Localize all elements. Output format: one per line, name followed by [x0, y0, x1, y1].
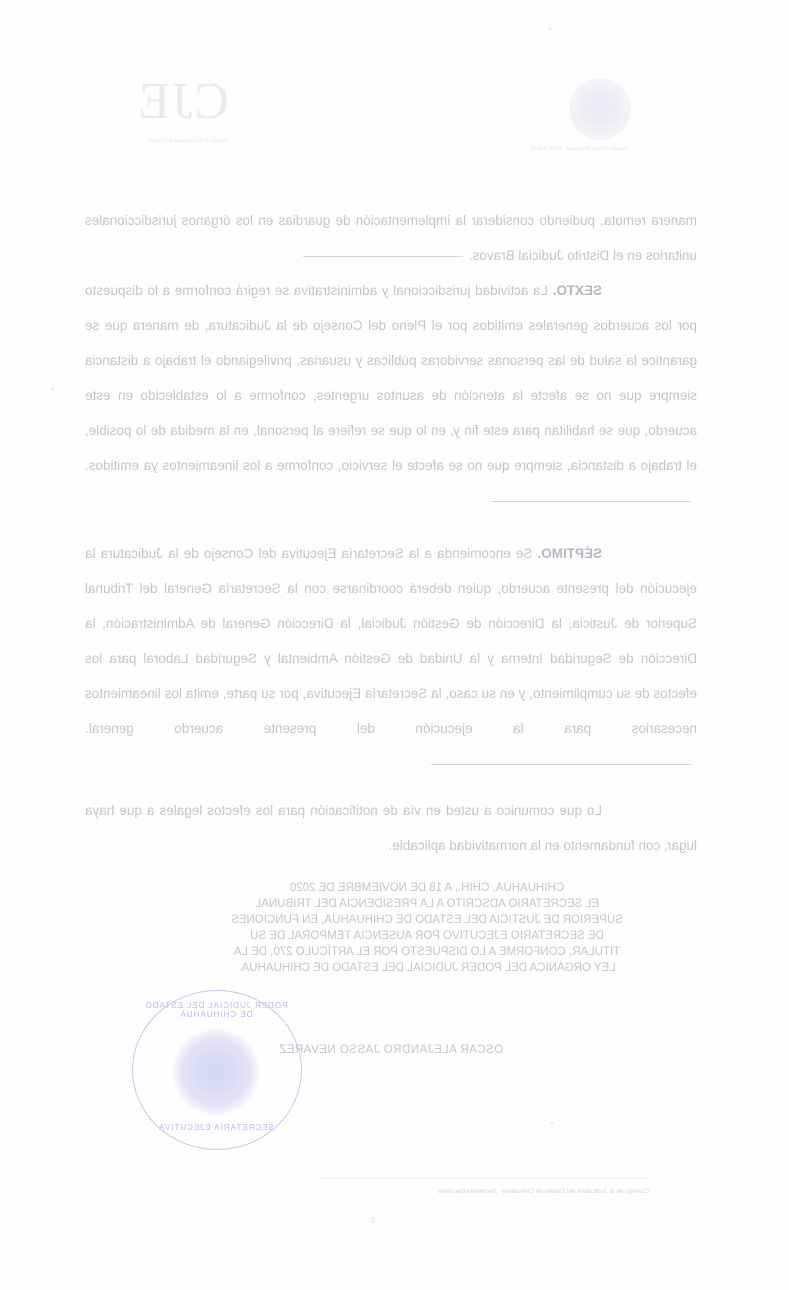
footer-divider [319, 1178, 649, 1179]
stamp-bottom-text: SECRETARÍA EJECUTIVA [141, 1123, 291, 1132]
signer-title-line: Superior de Justicia del Estado de Chihu… [177, 912, 677, 928]
cje-logo-subtitle: Consejo de la Judicatura del Estado [109, 138, 269, 144]
scan-speck [549, 28, 551, 30]
signer-title-line: El Secretario adscrito a la Presidencia … [177, 896, 677, 912]
fill-rule [491, 501, 691, 502]
paragraph-sexto-label: SEXTO. [553, 283, 602, 298]
paragraph-septimo-text: Se encomienda a la Secretaría Ejecutiva … [85, 546, 697, 736]
fill-rule [431, 764, 691, 765]
national-seal-icon [569, 78, 631, 140]
signer-title-line: Ley Orgánica del Poder Judicial del Esta… [177, 960, 677, 976]
fill-rule [303, 256, 463, 257]
signer-name: OSCAR ALEJANDRO JASSO NEVAREZ [231, 1044, 551, 1056]
eagle-emblem-icon [173, 1029, 259, 1115]
signer-title-line: titular, conforme a lo dispuesto por el … [177, 944, 677, 960]
stamp-top-text: PODER JUDICIAL DEL ESTADO DE CHIHUAHUA [141, 1001, 291, 1019]
scan-speck [551, 1122, 553, 1124]
paragraph-sexto: SEXTO. La actividad jurisdiccional y adm… [85, 273, 697, 518]
paragraph-septimo: SÉPTIMO. Se encomienda a la Secretaría E… [85, 536, 697, 781]
paragraph-septimo-label: SÉPTIMO. [537, 546, 602, 561]
signer-title-line: de Secretario Ejecutivo por ausencia tem… [177, 928, 677, 944]
paragraph-intro: manera remota, pudiendo considerar la im… [85, 203, 697, 273]
scan-speck [52, 388, 54, 390]
seal-caption: Estados Unidos Mexicanos · Poder Judicia… [519, 146, 639, 153]
scanned-document-page: CJE Consejo de la Judicatura del Estado … [0, 0, 789, 1290]
paragraph-closing: Lo que comunico a usted en vía de notifi… [85, 793, 697, 863]
paragraph-sexto-text: La actividad jurisdiccional y administra… [85, 283, 697, 473]
official-stamp: PODER JUDICIAL DEL ESTADO DE CHIHUAHUA S… [132, 990, 302, 1150]
cje-logo: CJE [119, 72, 229, 132]
place-and-date: Chihuahua, Chih., a 18 de noviembre de 2… [177, 880, 677, 896]
page-number: 5 [371, 1216, 375, 1225]
footer-text: Consejo de la Judicatura del Estado de C… [319, 1188, 649, 1195]
document-body: manera remota, pudiendo considerar la im… [85, 203, 697, 863]
paragraph-closing-text: Lo que comunico a usted en vía de notifi… [85, 803, 697, 853]
signature-block: Chihuahua, Chih., a 18 de noviembre de 2… [177, 880, 677, 976]
